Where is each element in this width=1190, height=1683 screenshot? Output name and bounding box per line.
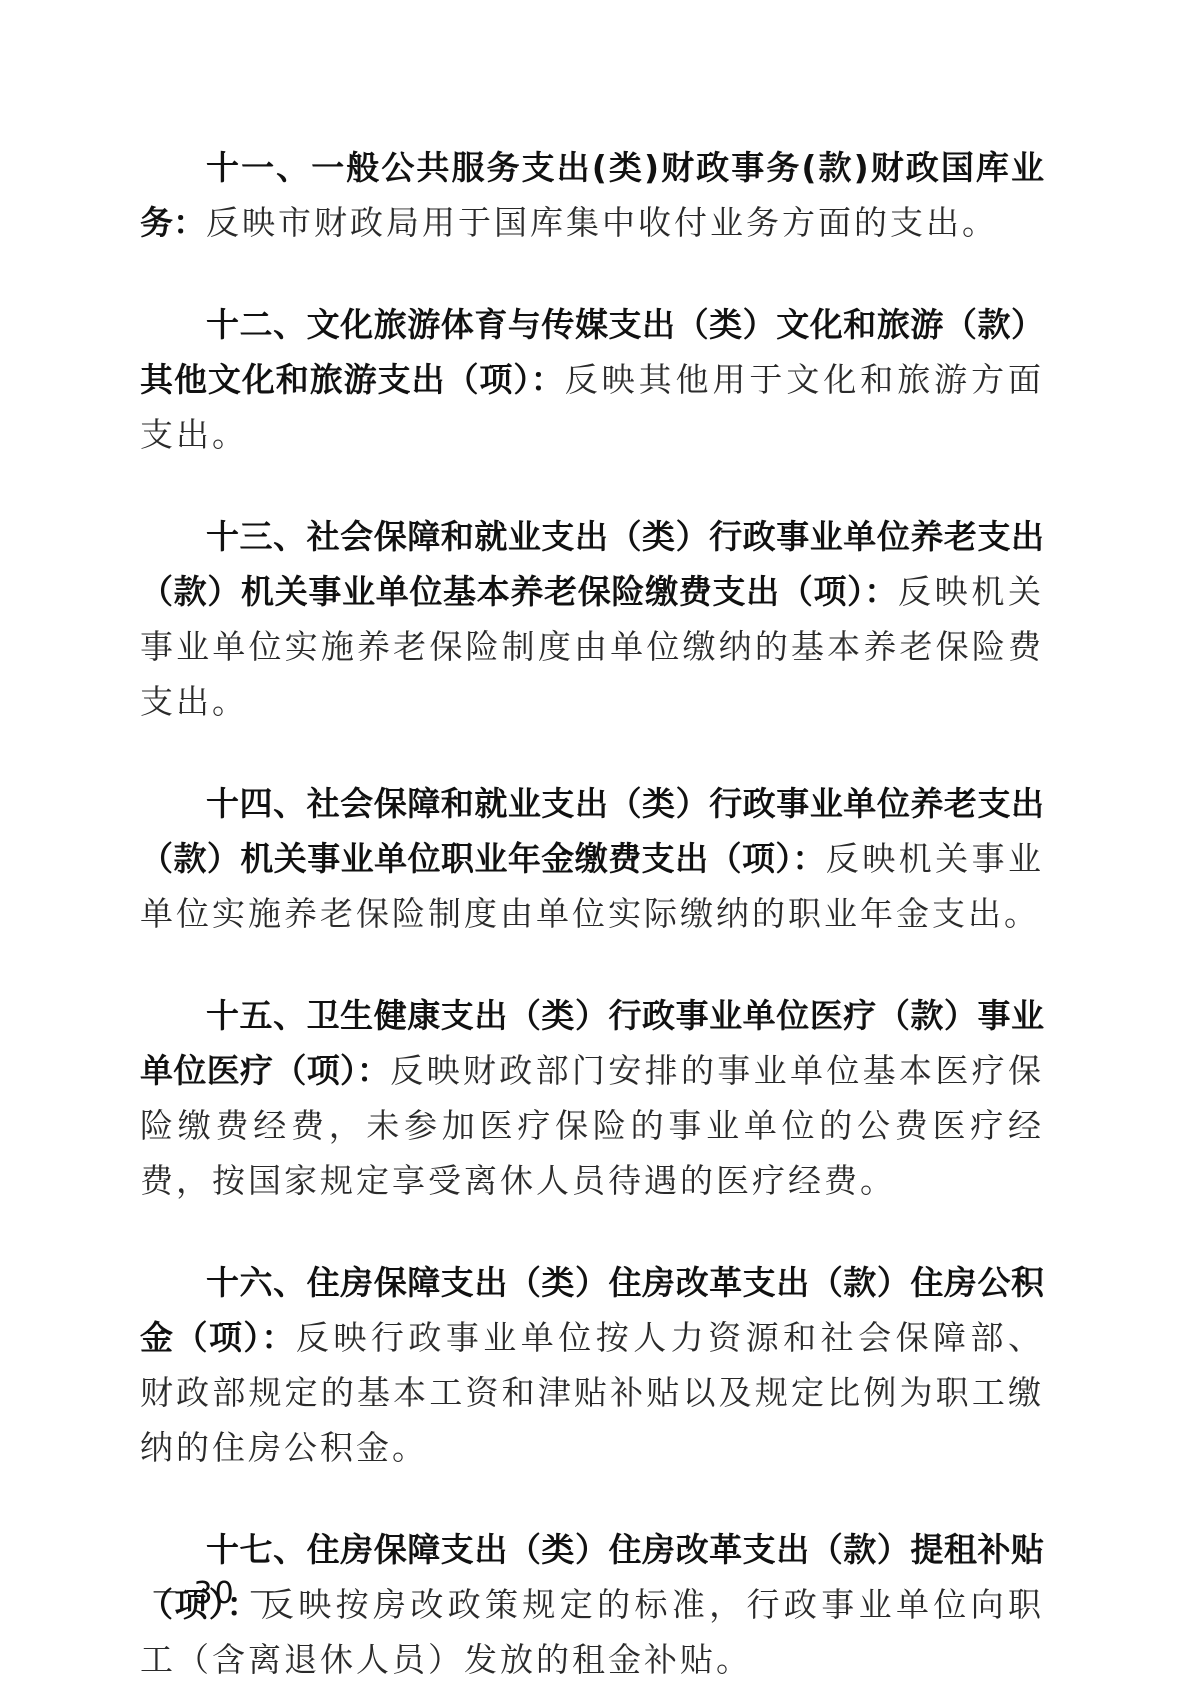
document-page: 十一、一般公共服务支出(类)财政事务(款)财政国库业务：反映市财政局用于国库集中… bbox=[140, 140, 1044, 1683]
page-number: － 30 － bbox=[150, 1568, 279, 1612]
paragraph-13: 十三、社会保障和就业支出（类）行政事业单位养老支出（款）机关事业单位基本养老保险… bbox=[140, 509, 1044, 729]
paragraph-14: 十四、社会保障和就业支出（类）行政事业单位养老支出（款）机关事业单位职业年金缴费… bbox=[140, 776, 1044, 941]
paragraph-15: 十五、卫生健康支出（类）行政事业单位医疗（款）事业单位医疗（项）：反映财政部门安… bbox=[140, 988, 1044, 1208]
paragraph-16: 十六、住房保障支出（类）住房改革支出（款）住房公积金（项）：反映行政事业单位按人… bbox=[140, 1255, 1044, 1475]
paragraph-12: 十二、文化旅游体育与传媒支出（类）文化和旅游（款）其他文化和旅游支出（项）：反映… bbox=[140, 297, 1044, 462]
paragraph-11: 十一、一般公共服务支出(类)财政事务(款)财政国库业务：反映市财政局用于国库集中… bbox=[140, 140, 1044, 250]
paragraph-body: 反映市财政局用于国库集中收付业务方面的支出。 bbox=[206, 203, 998, 242]
